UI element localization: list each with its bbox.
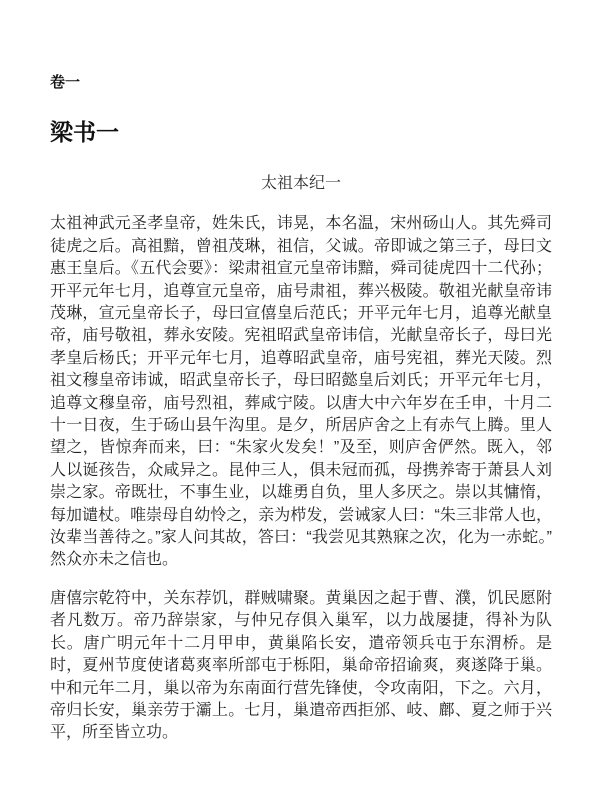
document-page: 卷一 梁书一 太祖本纪一 太祖神武元圣孝皇帝，姓朱氏，讳晃，本名温，宋州砀山人。… (0, 0, 600, 800)
book-title: 梁书一 (50, 119, 552, 147)
body-paragraph-1: 太祖神武元圣孝皇帝，姓朱氏，讳晃，本名温，宋州砀山人。其先舜司徒虎之后。高祖黯，… (50, 213, 552, 572)
volume-label: 卷一 (50, 74, 552, 92)
section-title: 太祖本纪一 (50, 174, 552, 195)
body-paragraph-2: 唐僖宗乾符中，关东荐饥，群贼啸聚。黄巢因之起于曹、濮，饥民愿附者凡数万。帝乃辞崇… (50, 588, 552, 745)
